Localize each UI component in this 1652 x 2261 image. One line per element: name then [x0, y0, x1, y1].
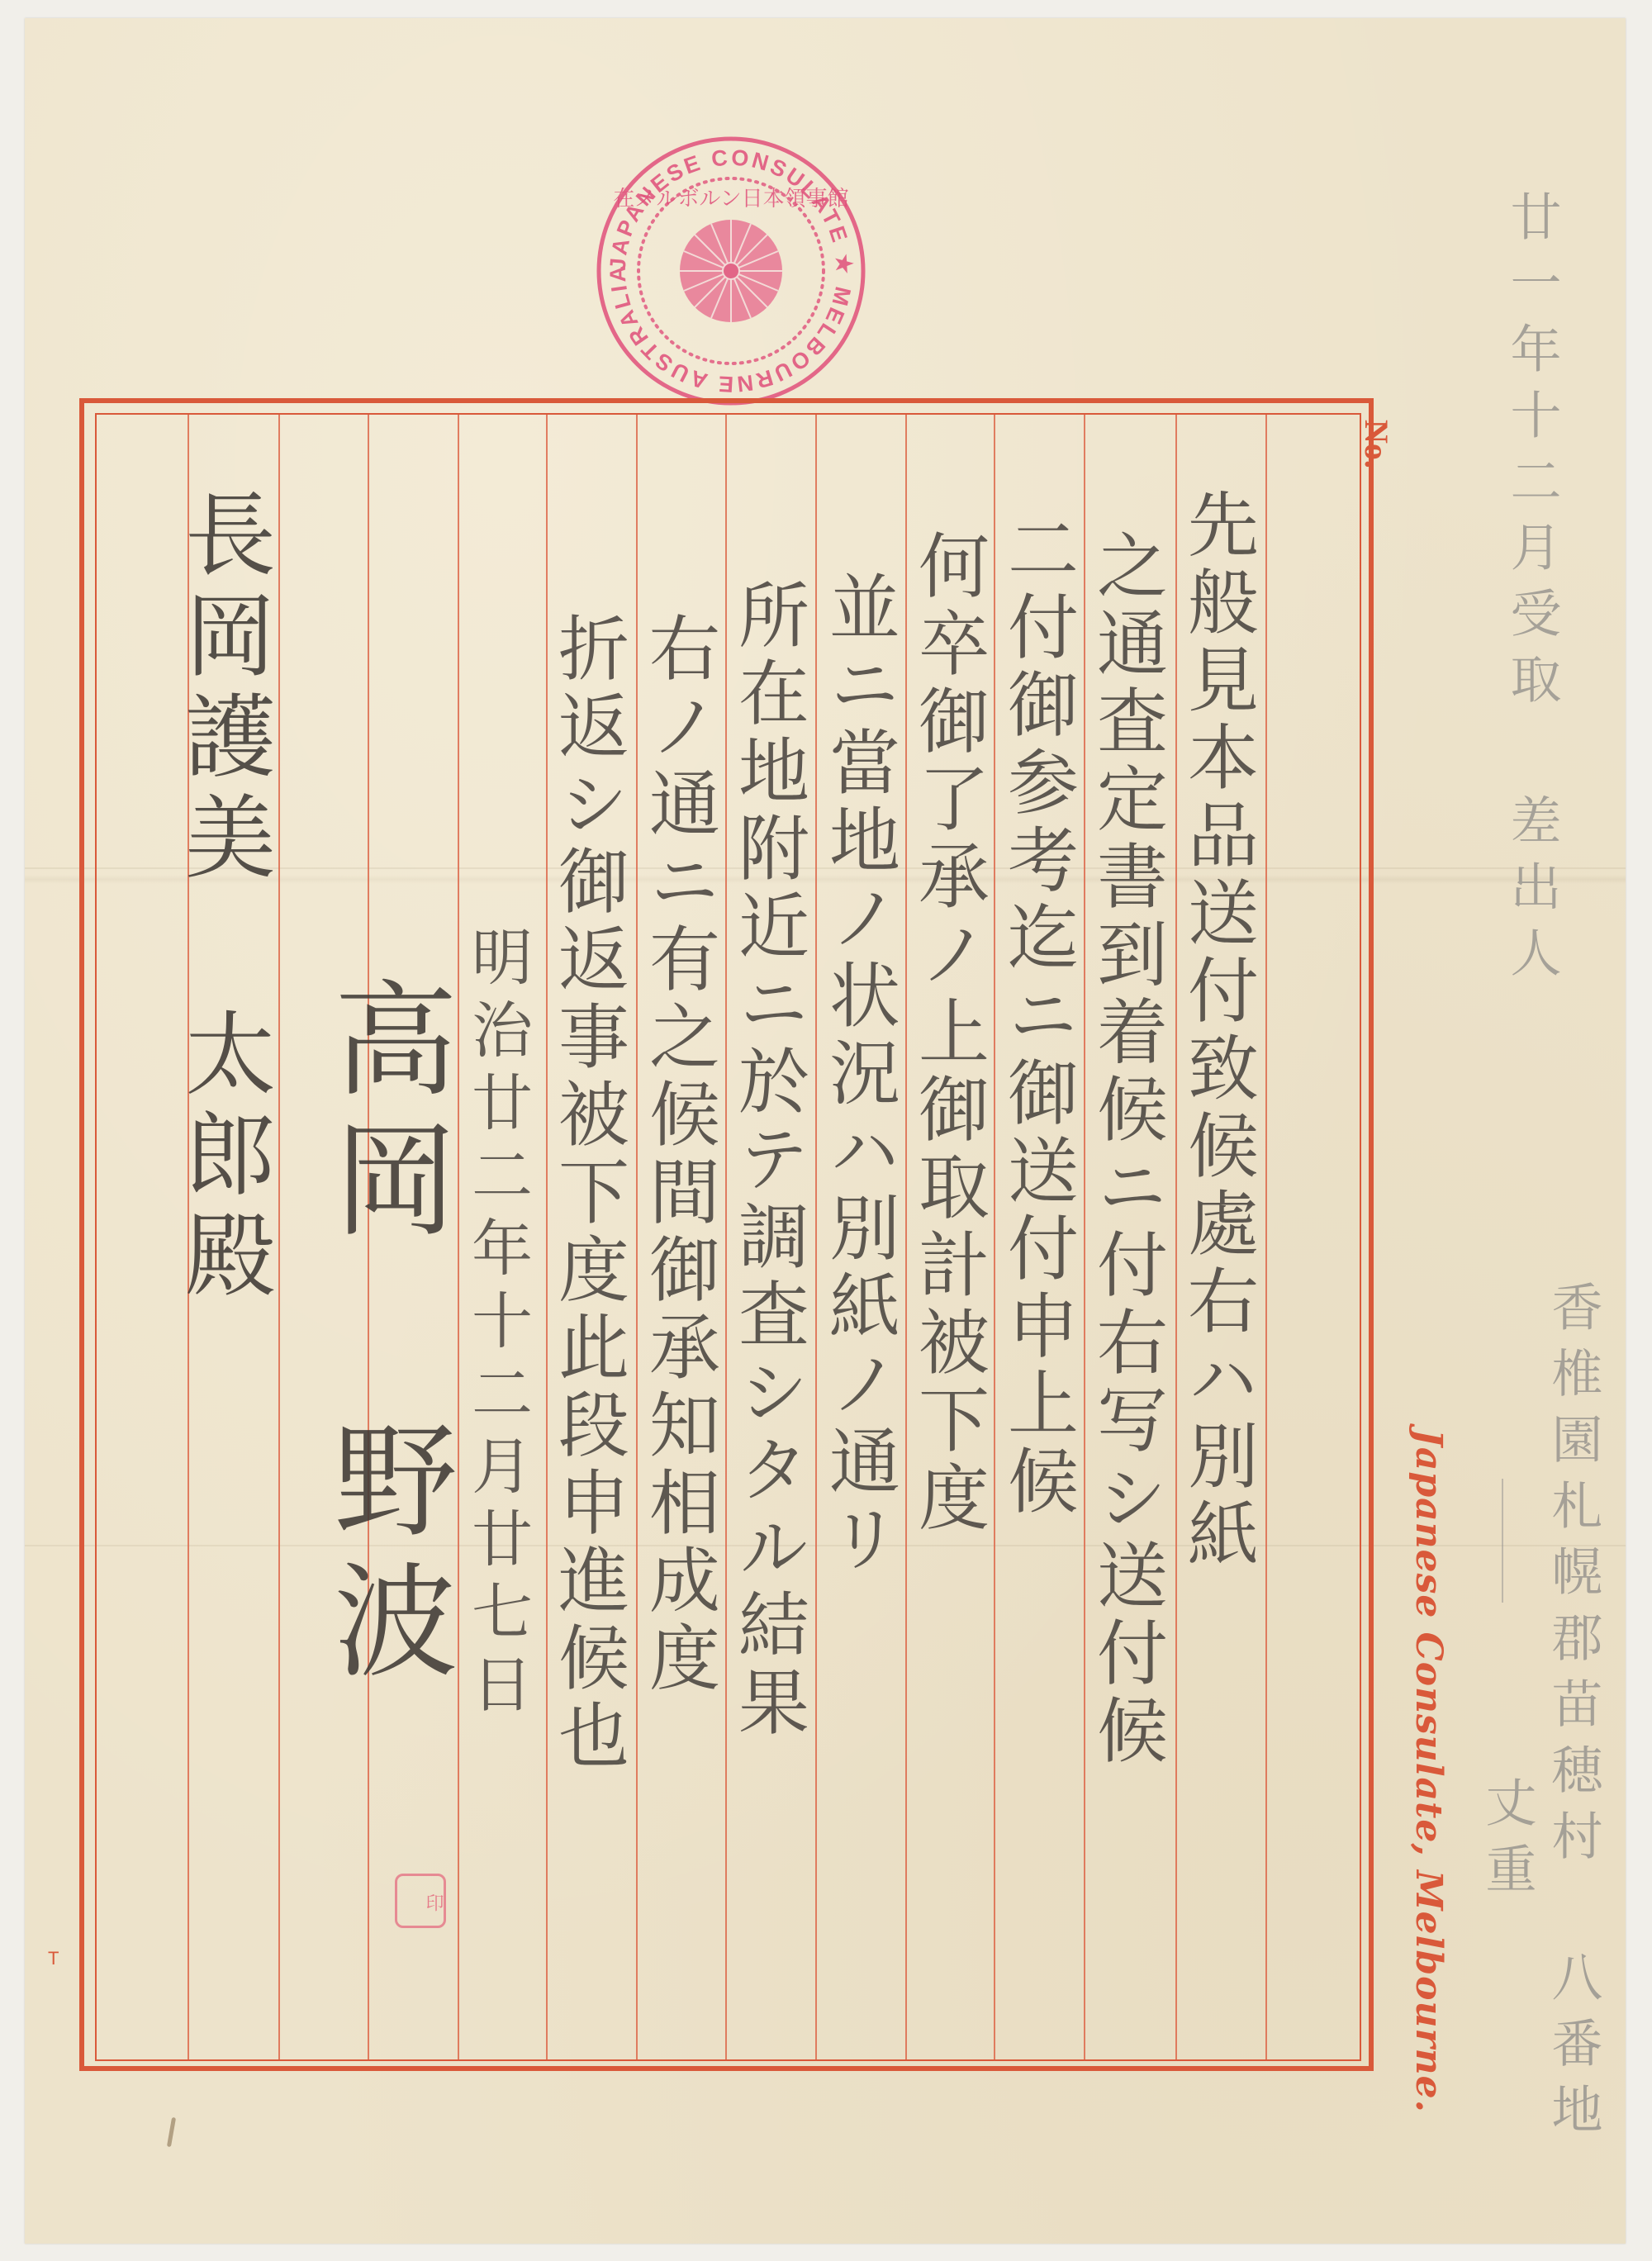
addressee: 長岡護美 太郎殿	[178, 487, 268, 1309]
pencil-annotation-side: 丈重	[1470, 1776, 1544, 1908]
column-rule	[1265, 415, 1267, 2059]
letter-column-3: 二付御参考迄ニ御送付申上候	[1001, 512, 1072, 1522]
letter-column-2: 之通査定書到着候ニ付右写シ送付候	[1090, 529, 1161, 1771]
letter-column-5: 並ニ當地ノ状況ハ別紙ノ通リ	[823, 570, 894, 1579]
pencil-annotation-address: 香椎園札幌郡苗穂村 八番地	[1536, 1280, 1610, 2149]
column-rule	[278, 415, 280, 2059]
seal-inner-text: 在メルボルン日本領事館	[613, 187, 848, 211]
personal-seal: 印	[395, 1874, 446, 1928]
letter-column-4: 何卒御了承ノ上御取計被下度	[912, 529, 983, 1538]
letter-column-7: 右ノ通ニ有之候間御承知相成度	[643, 611, 714, 1698]
number-label: No.	[1357, 420, 1396, 468]
consulate-seal: JAPANESE CONSULATE ★ MELBOURNE AUSTRALIA…	[586, 126, 876, 416]
letterhead-title: Japanese Consulate, Melbourne.	[1408, 1429, 1450, 2113]
pencil-annotation-top: 廿一年十二月受取 差出人	[1495, 190, 1569, 992]
letter-date: 明治廿二年十二月廿七日	[467, 925, 528, 1725]
letter-column-8: 折返シ御返事被下度此段申進候也	[552, 611, 623, 1776]
column-rule	[458, 415, 459, 2059]
letter-column-6: 所在地附近ニ於テ調査シタル結果	[732, 578, 803, 1743]
seal-icon: JAPANESE CONSULATE ★ MELBOURNE AUSTRALIA…	[586, 126, 876, 416]
margin-mark: T	[48, 1948, 59, 1969]
sender-signature: 高岡 野波	[322, 975, 446, 1697]
letter-column-1: 先般見本品送付致候處右ハ別紙	[1181, 487, 1252, 1575]
pencil-stroke	[1502, 1479, 1503, 1603]
